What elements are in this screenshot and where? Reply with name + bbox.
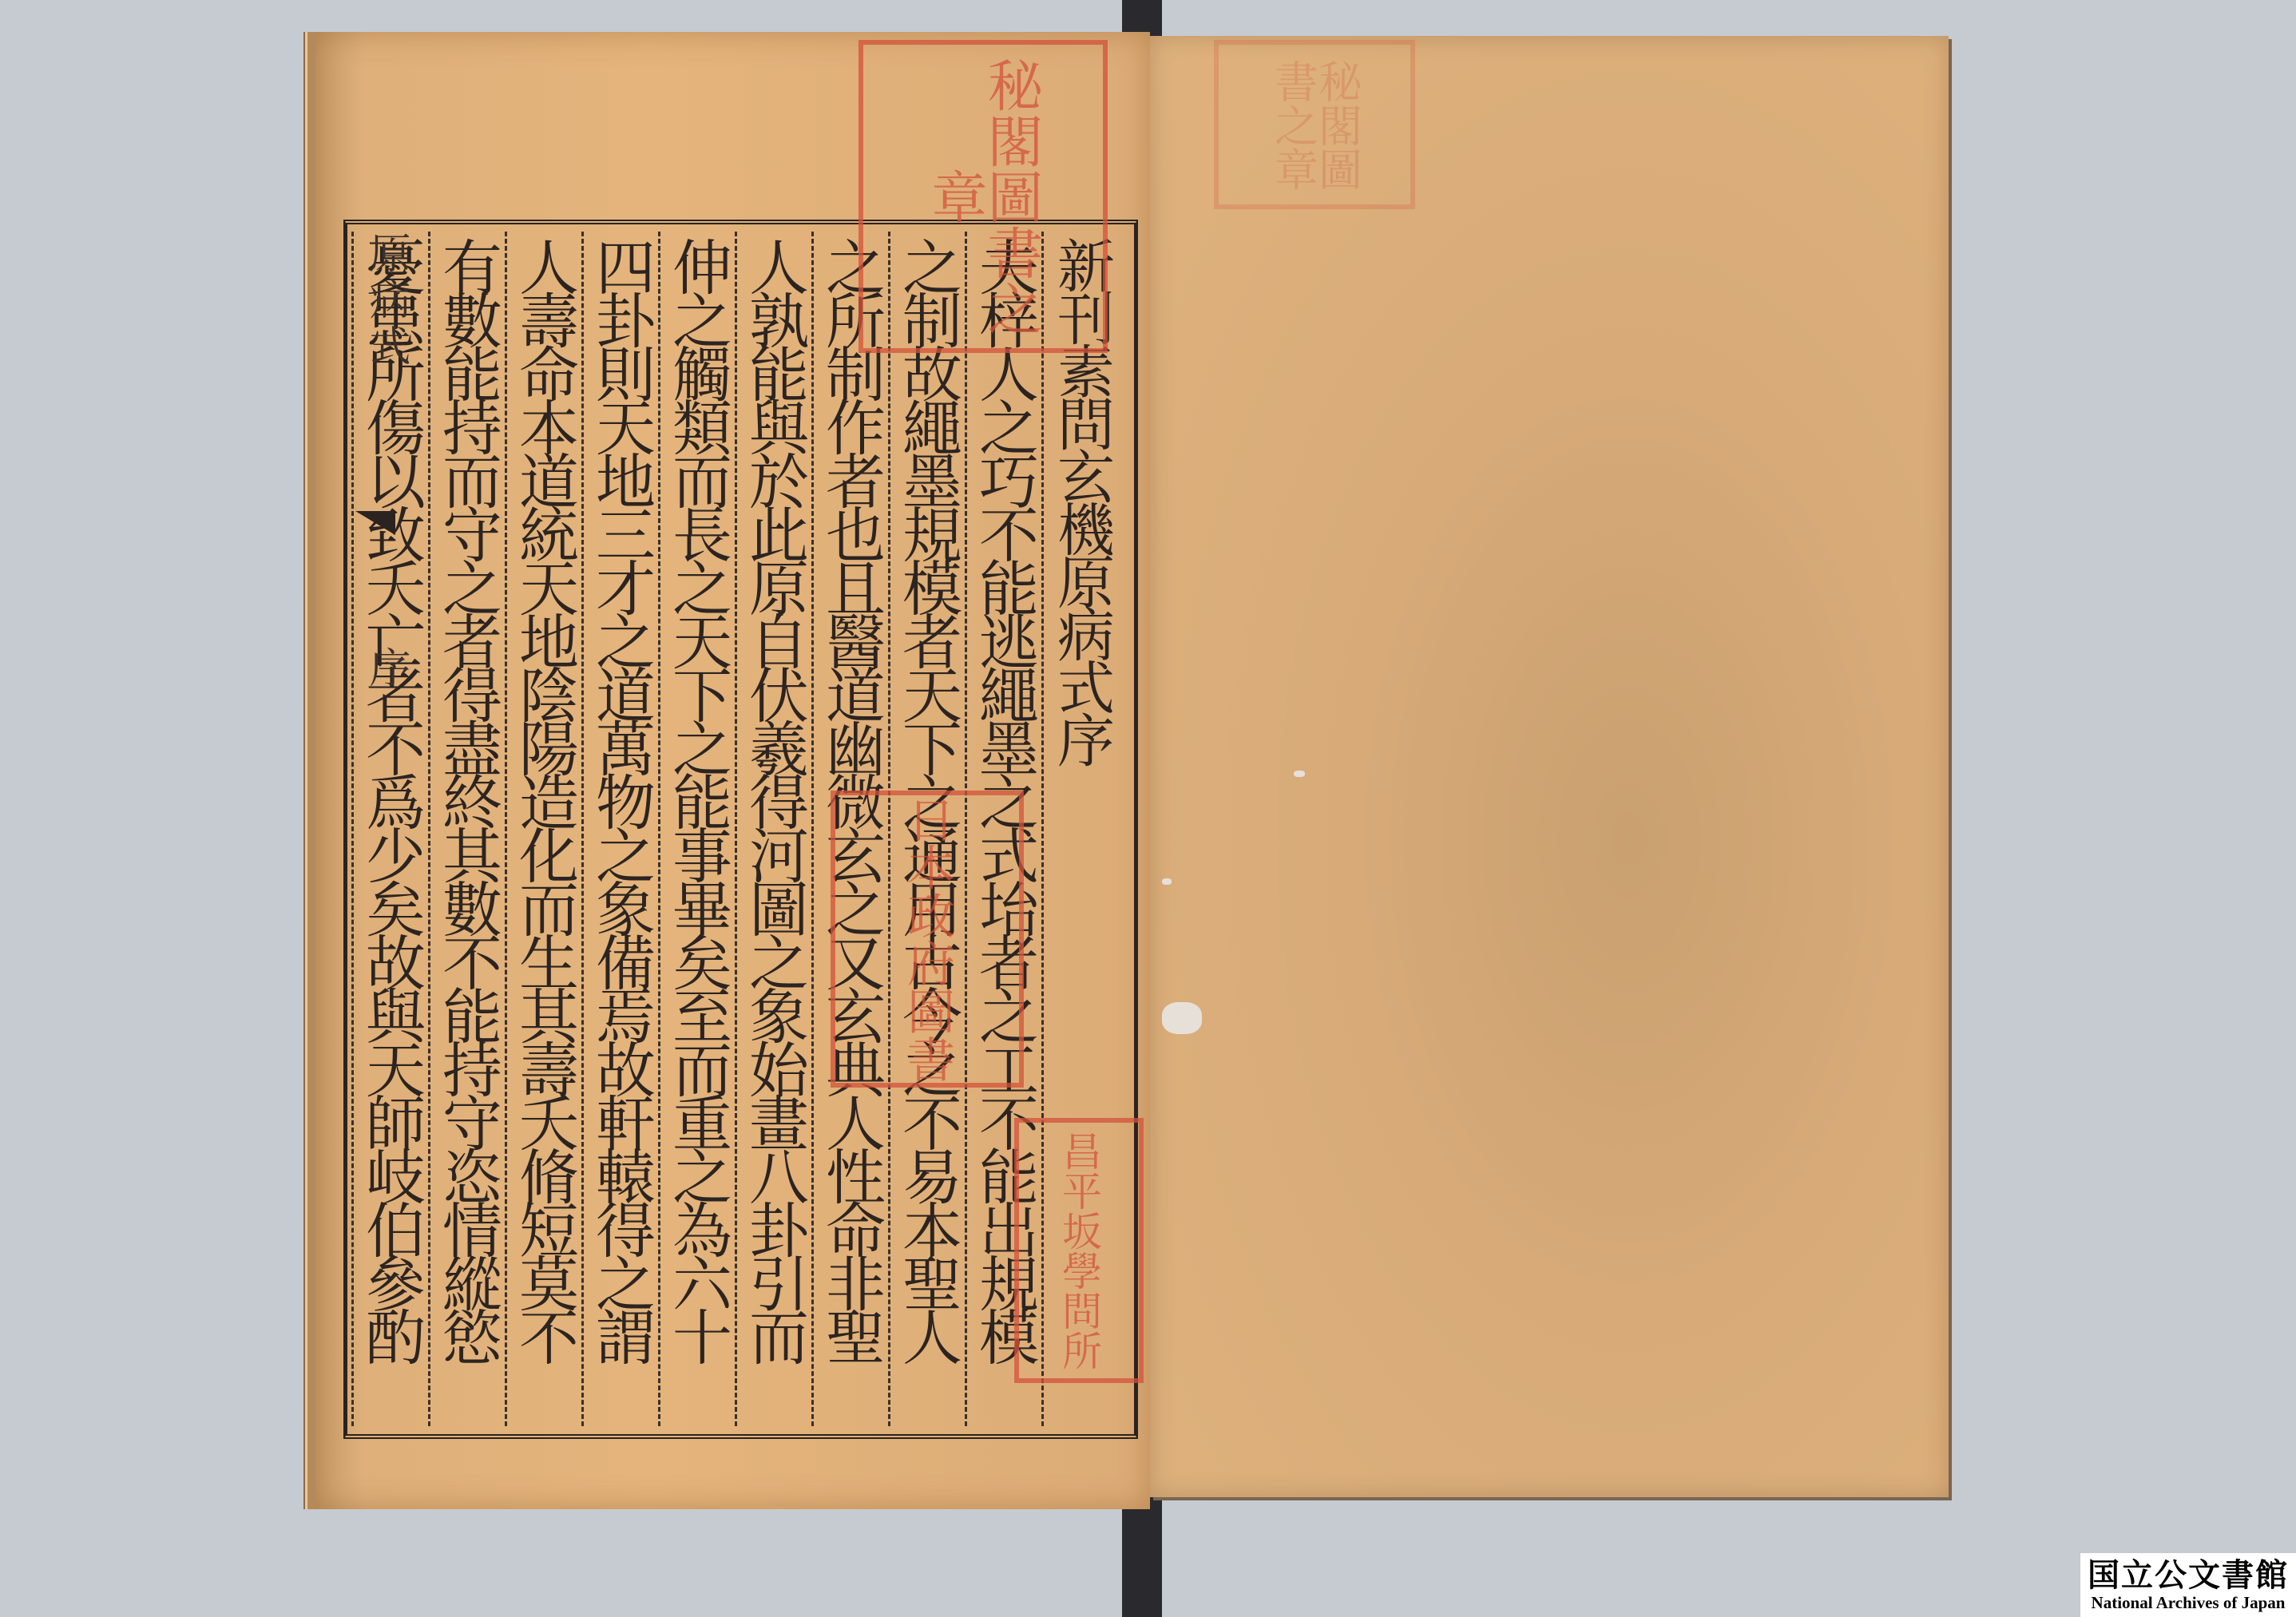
text-column-4: 人孰能與於此原自伏羲得河圖之象始畫八卦引而 <box>735 232 811 1426</box>
seal-bottom: 昌平坂學問所 <box>1014 1118 1144 1383</box>
seal-ghost-text: 秘閣圖書之章 <box>1271 45 1358 204</box>
logo-japanese: 国立公文書館 <box>2088 1558 2289 1593</box>
seal-top: 秘閣圖書之章 <box>859 40 1108 353</box>
paper-hole <box>1162 878 1172 885</box>
seal-top-text: 秘閣圖書之章 <box>927 45 1039 348</box>
block-heart-margin: 原病式 序 <box>351 232 419 1421</box>
logo-english: National Archives of Japan <box>2092 1593 2286 1612</box>
margin-book-title: 原病式 <box>362 232 410 371</box>
seal-bleedthrough: 秘閣圖書之章 <box>1214 40 1415 209</box>
text-column-5: 伸之觸類而長之天下之能事畢矣至而重之為六十 <box>658 232 735 1426</box>
archive-watermark-logo: 国立公文書館 National Archives of Japan <box>2080 1553 2296 1617</box>
right-page-blank <box>1150 36 1949 1497</box>
text-column-7: 人壽命本道統天地陰陽造化而生其壽夭脩短莫不 <box>505 232 581 1426</box>
seal-middle-text: 日本政府圖書 <box>903 795 951 1083</box>
paper-hole <box>1294 771 1305 777</box>
margin-section: 序 <box>362 646 410 692</box>
seal-bottom-text: 昌平坂學問所 <box>1059 1131 1099 1370</box>
seal-middle: 日本政府圖書 <box>831 791 1024 1088</box>
paper-tear <box>1162 1002 1202 1034</box>
text-column-8: 有數能持而守之者得盡終其數不能持守恣情縱慾 <box>428 232 505 1426</box>
text-column-6: 四卦則天地三才之道萬物之象備焉故軒轅得之謂 <box>581 232 658 1426</box>
